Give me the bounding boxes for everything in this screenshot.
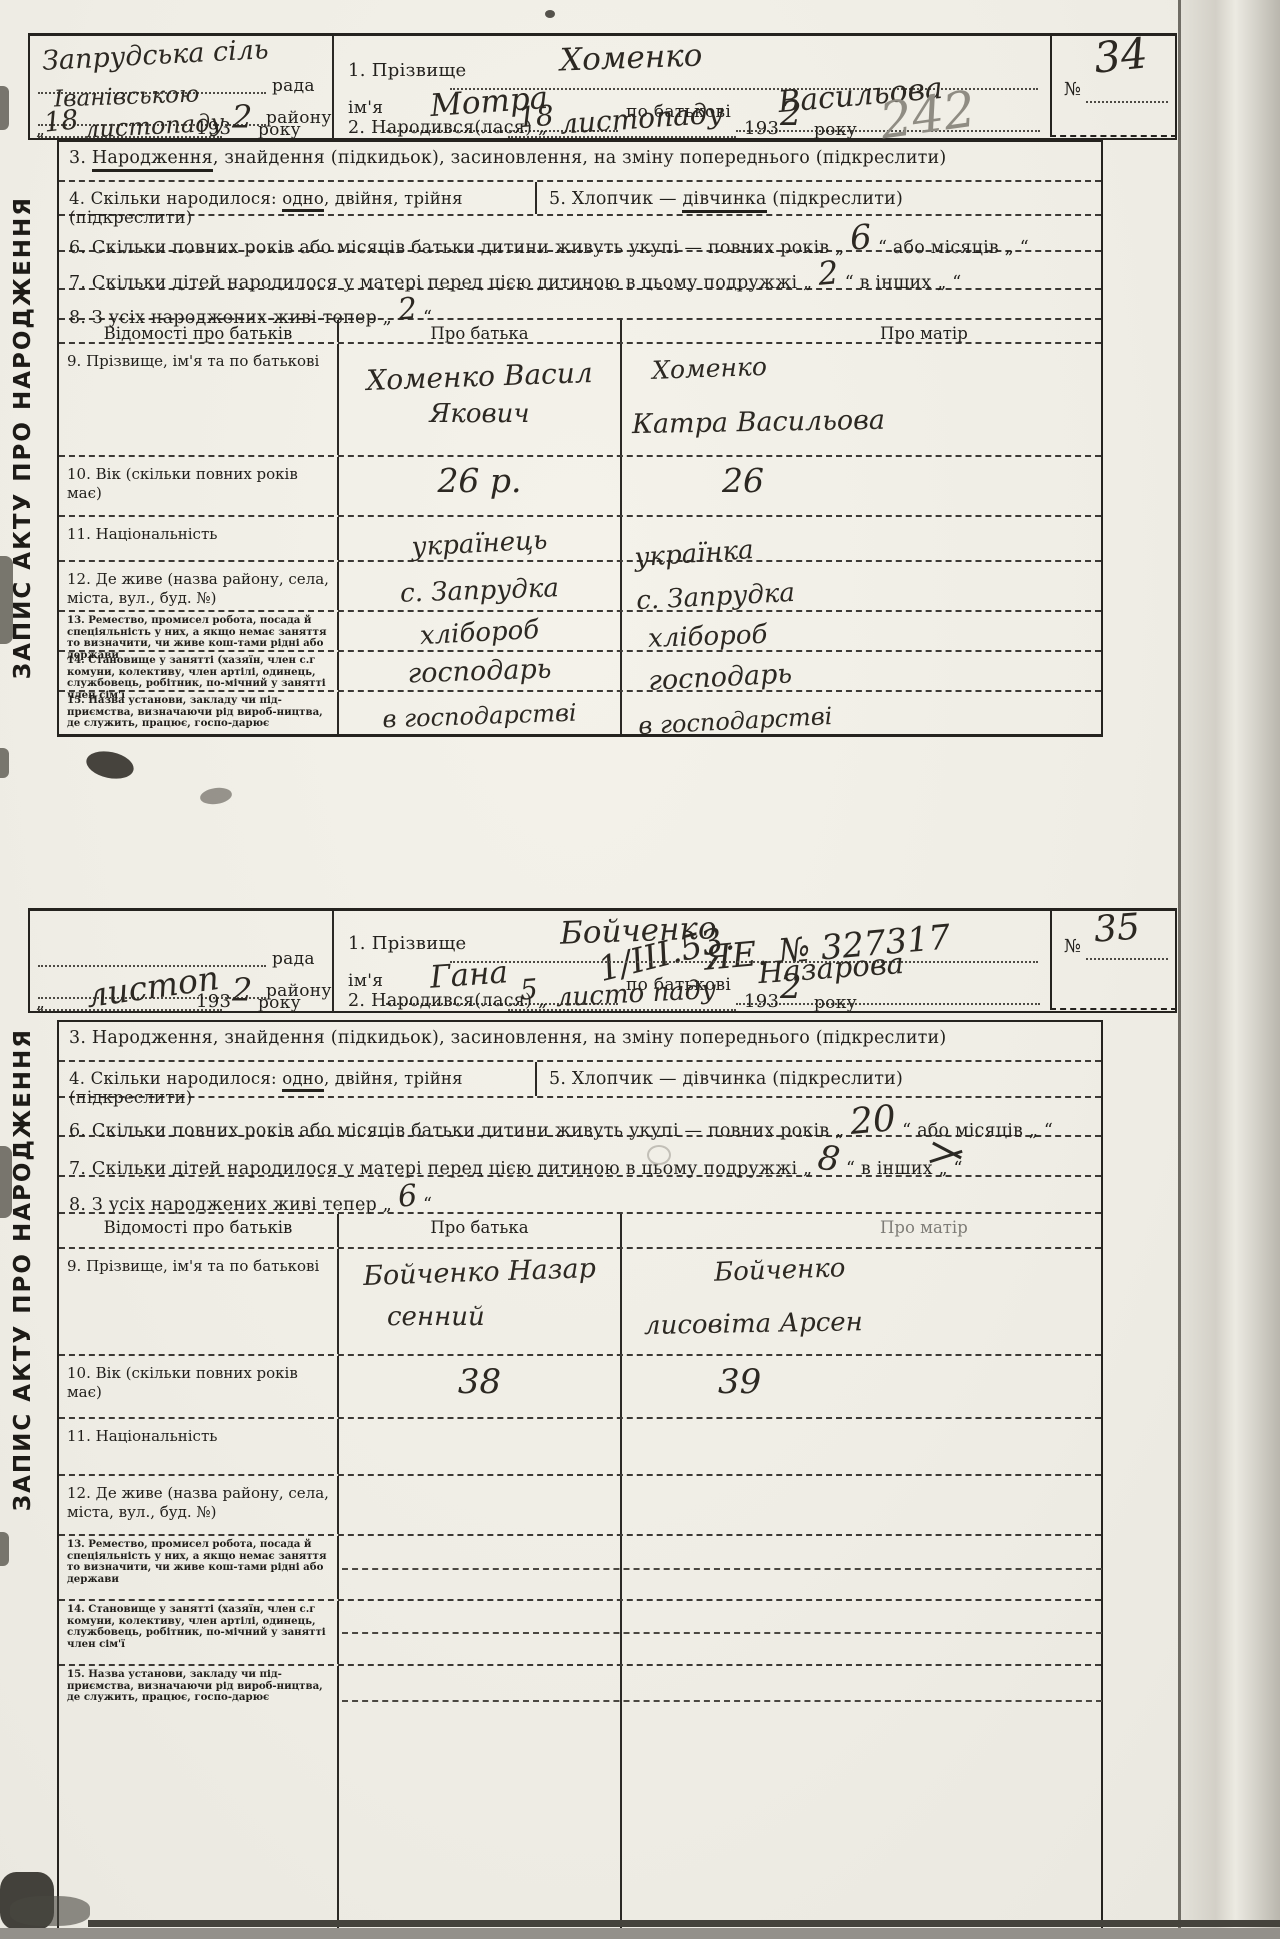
row4-label-pre: 4. Скільки народилося: [69, 189, 282, 208]
father-residence: с. Запрудка [339, 571, 621, 611]
ruling-line [342, 1632, 1102, 1634]
row-how-many-born: 4. Скільки народилося: одно, двійня, трі… [59, 1062, 1101, 1098]
corner-smudge [10, 1896, 90, 1926]
table-header-row: Відомості про батьків Про батька Про мат… [59, 320, 1101, 344]
row9-label-cell: 9. Прізвище, ім'я та по батькові [59, 344, 339, 455]
record-number-value: 34 [1092, 28, 1150, 82]
row15-label-cell: 15. Назва установи, закладу чи під-приєм… [59, 692, 339, 734]
row-children-alive: 8. З усіх народжених живі тепер „2“ [59, 290, 1101, 320]
row5-label-pre: 5. Хлопчик — [549, 1069, 682, 1089]
row5-label-pre: 5. Хлопчик — [549, 189, 682, 209]
surname-label: 1. Прізвище [348, 60, 467, 81]
record1-main-table: 3. Народження, знайдення (підкидьок), за… [57, 140, 1103, 737]
row7-label-b: “ в інших „ “ [846, 1159, 963, 1179]
row3-label-word: Народження [92, 1028, 213, 1048]
year-label: року [258, 993, 301, 1013]
row3-label-post: , знайдення (підкидьок), засиновлення, н… [213, 148, 947, 168]
header-divider [332, 911, 334, 1012]
row14-label-cell: 14. Становище у занятті (хазяїн, член с.… [59, 652, 339, 690]
row13-label-cell: 13. Ремество, промисел робота, посада й … [59, 612, 339, 650]
page-bottom-edge [88, 1920, 1280, 1927]
row10-label: 10. Вік (скільки повних років має) [67, 1364, 329, 1402]
father-name-line2: сенний [339, 1302, 620, 1332]
name-label: ім'я [348, 971, 383, 991]
table-row-position: 14. Становище у занятті (хазяїн, член с.… [59, 652, 1101, 692]
table-row-workplace: 15. Назва установи, закладу чи під-приєм… [59, 1666, 1101, 1930]
table-row-nationality: 11. Національність українець українка [59, 517, 1101, 562]
vertical-title-record2: ЗАПИС АКТУ ПРО НАРОДЖЕННЯ [10, 1028, 36, 1511]
page-edge-right [1181, 0, 1280, 1939]
row3-label-pre: 3. [69, 1028, 92, 1048]
children-before-value: 2 [817, 253, 841, 293]
mother-workplace-cell [622, 1666, 1101, 1928]
table-row-nationality: 11. Національність [59, 1419, 1101, 1476]
father-age-cell: 38 [339, 1356, 622, 1417]
row15-label: 15. Назва установи, закладу чи під-приєм… [67, 1669, 331, 1704]
row11-label-cell: 11. Національність [59, 1419, 339, 1474]
col-header-parents: Відомості про батьків [59, 1214, 339, 1247]
mother-residence-cell [622, 1476, 1101, 1534]
fill-line [1086, 958, 1168, 960]
mother-residence-cell: с. Запрудка [622, 562, 1101, 610]
row-birth-type: 3. Народження, знайдення (підкидьок), за… [59, 1022, 1101, 1062]
father-name-line1: Бойченко Назар [339, 1252, 621, 1293]
table-row-workplace: 15. Назва установи, закладу чи під-приєм… [59, 692, 1101, 734]
row13-label-cell: 13. Ремество, промисел робота, посада й … [59, 1536, 339, 1599]
col-header-mother: Про матір [622, 320, 1101, 342]
born-month-value: листопаду [559, 96, 725, 140]
row10-label-cell: 10. Вік (скільки повних років має) [59, 457, 339, 515]
col-header-father: Про батька [339, 320, 622, 342]
row-birth-type: 3. Народження, знайдення (підкидьок), за… [59, 142, 1101, 182]
row3-label-post: , знайдення (підкидьок), засиновлення, н… [213, 1028, 947, 1048]
father-workplace-cell [339, 1666, 622, 1928]
row10-label-cell: 10. Вік (скільки повних років має) [59, 1356, 339, 1417]
record-date-year-suffix: 2 [232, 98, 252, 136]
council-label: рада [272, 76, 315, 96]
surname-value: Бойченко [559, 910, 717, 951]
row-years-together: 6. Скільки повних років або місяців бать… [59, 216, 1101, 252]
torn-edge-mark [0, 86, 9, 130]
row5-label-post: (підкреслити) [767, 189, 903, 209]
council-label: рада [272, 949, 315, 969]
row8-label-a: 8. З усіх народжених живі тепер „ [69, 1195, 392, 1215]
row12-label-cell: 12. Де живе (назва району, села, міста, … [59, 1476, 339, 1534]
row9-label: 9. Прізвище, ім'я та по батькові [67, 1257, 329, 1276]
table-header-row: Відомості про батьків Про батька Про мат… [59, 1214, 1101, 1249]
record1-header-box: Запрудська сіль рада Іванівською району … [28, 33, 1177, 140]
father-name-cell: Бойченко Назар сенний [339, 1249, 622, 1354]
vertical-title-record1: ЗАПИС АКТУ ПРО НАРОДЖЕННЯ [10, 196, 36, 679]
mother-age-cell: 26 [622, 457, 1101, 515]
row9-label: 9. Прізвище, ім'я та по батькові [67, 352, 329, 371]
cell-boy-girl: 5. Хлопчик — дівчинка (підкреслити) [537, 1062, 1101, 1096]
row15-label: 15. Назва установи, закладу чи під-приєм… [67, 695, 331, 730]
row-years-together: 6. Скільки повних років або місяців бать… [59, 1098, 1101, 1137]
born-month-value: листо паду [555, 975, 717, 1013]
record2-main-table: 3. Народження, знайдення (підкидьок), за… [57, 1020, 1103, 1930]
number-label: № [1064, 79, 1081, 100]
row5-label-post: (підкреслити) [767, 1069, 903, 1089]
record2-header-box: рада району „ листоп 193 2 року 1. Прізв… [28, 908, 1177, 1013]
year-printed: 193 [196, 118, 231, 139]
born-day-value: 5 [519, 972, 539, 1006]
fill-line [1086, 101, 1168, 103]
col-header-mother: Про матір [622, 1214, 1101, 1247]
row-children-alive: 8. З усіх народжених живі тепер „6“ [59, 1177, 1101, 1214]
number-label: № [1064, 936, 1081, 957]
table-row-names: 9. Прізвище, ім'я та по батькові Бойченк… [59, 1249, 1101, 1356]
row9-label-cell: 9. Прізвище, ім'я та по батькові [59, 1249, 339, 1354]
col-header-parents: Відомості про батьків [59, 320, 339, 342]
father-nationality-cell [339, 1419, 622, 1474]
father-name-cell: Хоменко Васил Якович [339, 344, 622, 455]
father-position-cell: господарь [339, 652, 622, 690]
mother-workplace-cell: в господарстві [622, 692, 1101, 734]
header-divider [332, 36, 334, 139]
row8-label-b: “ [423, 1195, 432, 1215]
year-printed: 193 [744, 118, 779, 139]
torn-edge-mark [0, 748, 9, 778]
mother-name-cell: Бойченко лисовіта Арсен [622, 1249, 1101, 1354]
father-occupation-cell: хлібороб [339, 612, 622, 650]
mother-name-line1: Бойченко [714, 1244, 1102, 1287]
row10-label: 10. Вік (скільки повних років має) [67, 465, 329, 503]
surname-label: 1. Прізвище [348, 933, 467, 954]
father-position: господарь [339, 651, 621, 692]
mother-age: 26 [722, 461, 1101, 500]
father-nationality-cell: українець [339, 517, 622, 560]
cell-boy-girl: 5. Хлопчик — дівчинка (підкреслити) [537, 182, 1101, 214]
table-row-occupation: 13. Ремество, промисел робота, посада й … [59, 612, 1101, 652]
cell-how-many: 4. Скільки народилося: одно, двійня, трі… [59, 1062, 537, 1096]
row3-label-pre: 3. [69, 148, 92, 168]
table-row-residence: 12. Де живе (назва району, села, міста, … [59, 1476, 1101, 1536]
record-number-box: № 35 [1050, 908, 1177, 1010]
ink-speck [545, 10, 555, 18]
father-age: 38 [339, 1362, 620, 1402]
table-row-age: 10. Вік (скільки повних років має) 38 39 [59, 1356, 1101, 1419]
row5-label-word: дівчинка [682, 1069, 766, 1089]
record-date-year-suffix: 2 [232, 971, 252, 1009]
mother-age: 39 [718, 1362, 1101, 1402]
born-year-suffix: 2 [780, 967, 802, 1007]
torn-edge-mark [0, 1146, 12, 1218]
fill-line [38, 1009, 222, 1011]
father-name-line1: Хоменко Васил [339, 355, 621, 398]
mother-age-cell: 39 [622, 1356, 1101, 1417]
ruling-line [342, 1568, 1102, 1570]
mother-nationality-cell [622, 1419, 1101, 1474]
fill-line [38, 136, 222, 138]
row12-label-cell: 12. Де живе (назва району, села, міста, … [59, 562, 339, 610]
father-workplace: в господарстві [339, 697, 621, 735]
page-bottom-shadow [0, 1928, 1280, 1939]
name-label: ім'я [348, 98, 383, 118]
row11-label: 11. Національність [67, 1427, 329, 1446]
mother-nationality-cell: українка [622, 517, 1101, 560]
row-children-before: 7. Скільки дітей народилося у матері пер… [59, 1137, 1101, 1177]
record-number-box: № 34 [1050, 33, 1177, 137]
mother-name-line1: Хоменко [652, 340, 1102, 385]
mother-position-cell: господарь [622, 652, 1101, 690]
father-residence-cell [339, 1476, 622, 1534]
row-how-many-born: 4. Скільки народилося: одно, двійня, трі… [59, 182, 1101, 216]
record-date-day: 18 [42, 104, 79, 138]
council-name-value: Запрудська сіль [41, 34, 269, 77]
mother-workplace: в господарстві [638, 688, 1102, 740]
ruling-line [342, 1700, 1102, 1702]
mother-occupation-cell: хлібороб [622, 612, 1101, 650]
father-name-line2: Якович [339, 399, 620, 429]
name-value: Гана [429, 954, 509, 995]
fill-line [450, 961, 1038, 963]
mother-name-line2: лисовіта Арсен [644, 1303, 1101, 1341]
underlined-word: Народження [92, 148, 213, 172]
table-row-residence: 12. Де живе (назва району, села, міста, … [59, 562, 1101, 612]
year-label: року [814, 993, 857, 1013]
row12-label: 12. Де живе (назва району, села, міста, … [67, 1484, 329, 1522]
mother-residence: с. Запрудка [636, 562, 1102, 616]
row14-label: 14. Становище у занятті (хазяїн, член с.… [67, 1604, 331, 1651]
row11-label: 11. Національність [67, 525, 329, 544]
ink-smudge [199, 786, 233, 806]
torn-edge-mark [0, 1532, 9, 1566]
underlined-word: одно [282, 189, 324, 212]
underlined-word: одно [282, 1069, 324, 1092]
table-row-names: 9. Прізвище, ім'я та по батькові Хоменко… [59, 344, 1101, 457]
row-children-before: 7. Скільки дітей народилося у матері пер… [59, 252, 1101, 290]
row4-label-pre: 4. Скільки народилося: [69, 1069, 282, 1088]
row13-label: 13. Ремество, промисел робота, посада й … [67, 1539, 331, 1586]
surname-value: Хоменко [559, 38, 703, 79]
father-occupation: хлібороб [338, 611, 620, 656]
row14-label-cell: 14. Становище у занятті (хазяїн, член с.… [59, 1601, 339, 1664]
year-printed: 193 [196, 991, 231, 1012]
year-printed: 193 [744, 991, 779, 1012]
year-label: року [814, 120, 857, 140]
children-alive-value: 6 [396, 1178, 418, 1215]
record-number-value: 35 [1093, 906, 1142, 950]
faint-ink-mark [647, 1145, 671, 1165]
father-residence-cell: с. Запрудка [339, 562, 622, 610]
ink-smudge [84, 747, 136, 782]
col-header-father: Про батька [339, 1214, 622, 1247]
underlined-word: дівчинка [682, 189, 766, 213]
row11-label-cell: 11. Національність [59, 517, 339, 560]
scanned-birth-register-page: ЗАПИС АКТУ ПРО НАРОДЖЕННЯ Запрудська сіл… [0, 0, 1280, 1939]
table-row-age: 10. Вік (скільки повних років має) 26 р.… [59, 457, 1101, 517]
children-before-value: 8 [816, 1138, 843, 1181]
born-year-suffix: 2 [780, 94, 802, 134]
born-label: 2. Народився(лася) „ [348, 991, 548, 1011]
mother-name-line2: Катра Васильова [632, 401, 1101, 440]
father-age: 26 р. [339, 461, 620, 500]
born-day-value: 18 [517, 99, 555, 134]
father-workplace-cell: в господарстві [339, 692, 622, 734]
torn-edge-mark [0, 556, 13, 644]
row7-label-a: 7. Скільки дітей народилося у матері пер… [69, 1159, 812, 1179]
row12-label: 12. Де живе (назва району, села, міста, … [67, 570, 329, 608]
year-label: року [258, 120, 301, 140]
row15-label-cell: 15. Назва установи, закладу чи під-приєм… [59, 1666, 339, 1928]
mother-name-cell: Хоменко Катра Васильова [622, 344, 1101, 455]
father-nationality: українець [338, 522, 620, 567]
cell-how-many: 4. Скільки народилося: одно, двійня, трі… [59, 182, 537, 214]
father-age-cell: 26 р. [339, 457, 622, 515]
